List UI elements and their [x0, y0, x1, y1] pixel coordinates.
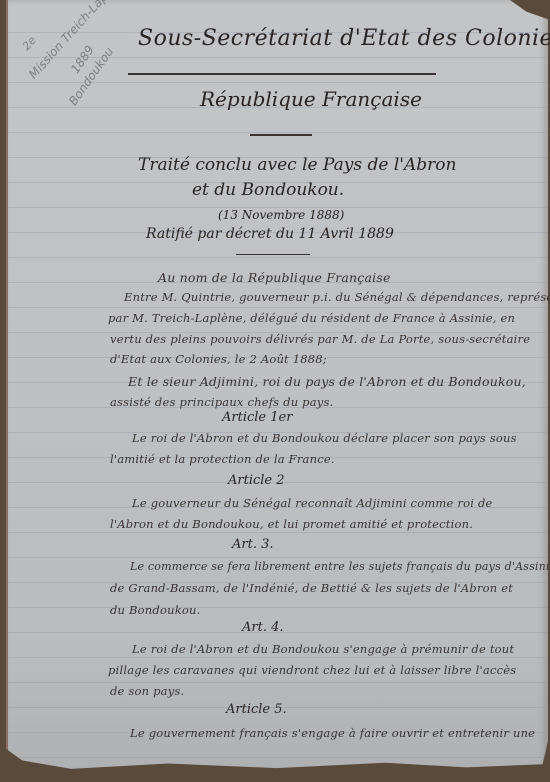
preamble-line: Et le sieur Adjimini, roi du pays de l'A…	[128, 374, 526, 389]
article-line: l'amitié et la protection de la France.	[110, 452, 335, 466]
article-heading: Article 5.	[226, 702, 287, 717]
title-separator	[236, 254, 310, 255]
article-heading: Article 1er	[222, 410, 292, 425]
preamble-line: assisté des principaux chefs du pays.	[110, 395, 333, 409]
treaty-title-line2: et du Bondoukou.	[192, 180, 344, 200]
article-line: de son pays.	[110, 684, 184, 698]
preamble-line: vertu des pleins pouvoirs délivrés par M…	[110, 332, 530, 346]
article-line: Le roi de l'Abron et du Bondoukou déclar…	[132, 431, 517, 445]
article-line: Le gouvernement français s'engage à fair…	[130, 726, 535, 740]
article-heading: Article 2	[228, 473, 285, 488]
preamble-line: par M. Treich-Laplène, délégué du réside…	[108, 311, 515, 325]
preamble-line: Au nom de la République Française	[158, 270, 391, 285]
republic-heading: République Française	[200, 87, 422, 111]
preamble-line: d'Etat aux Colonies, le 2 Août 1888;	[110, 352, 327, 366]
preamble-line: Entre M. Quintrie, gouverneur p.i. du Sé…	[124, 290, 550, 304]
article-line: Le gouverneur du Sénégal reconnaît Adjim…	[132, 496, 493, 510]
article-heading: Art. 4.	[242, 620, 284, 635]
letterhead: Sous-Secrétariat d'Etat des Colonies	[138, 26, 550, 51]
article-line: de Grand-Bassam, de l'Indénié, de Bettié…	[110, 581, 513, 595]
treaty-date: (13 Novembre 1888)	[218, 208, 344, 222]
article-line: pillage les caravanes qui viendront chez…	[108, 663, 516, 677]
treaty-title-line1: Traité conclu avec le Pays de l'Abron	[138, 155, 456, 175]
article-heading: Art. 3.	[232, 537, 274, 552]
republic-underline	[250, 134, 312, 136]
ratification-note: Ratifié par décret du 11 Avril 1889	[146, 226, 394, 242]
article-line: Le roi de l'Abron et du Bondoukou s'enga…	[132, 642, 514, 656]
article-line: du Bondoukou.	[110, 603, 200, 617]
letterhead-underline	[128, 73, 436, 75]
article-line: Le commerce se fera librement entre les …	[130, 560, 550, 573]
article-line: l'Abron et du Bondoukou, et lui promet a…	[110, 517, 473, 531]
